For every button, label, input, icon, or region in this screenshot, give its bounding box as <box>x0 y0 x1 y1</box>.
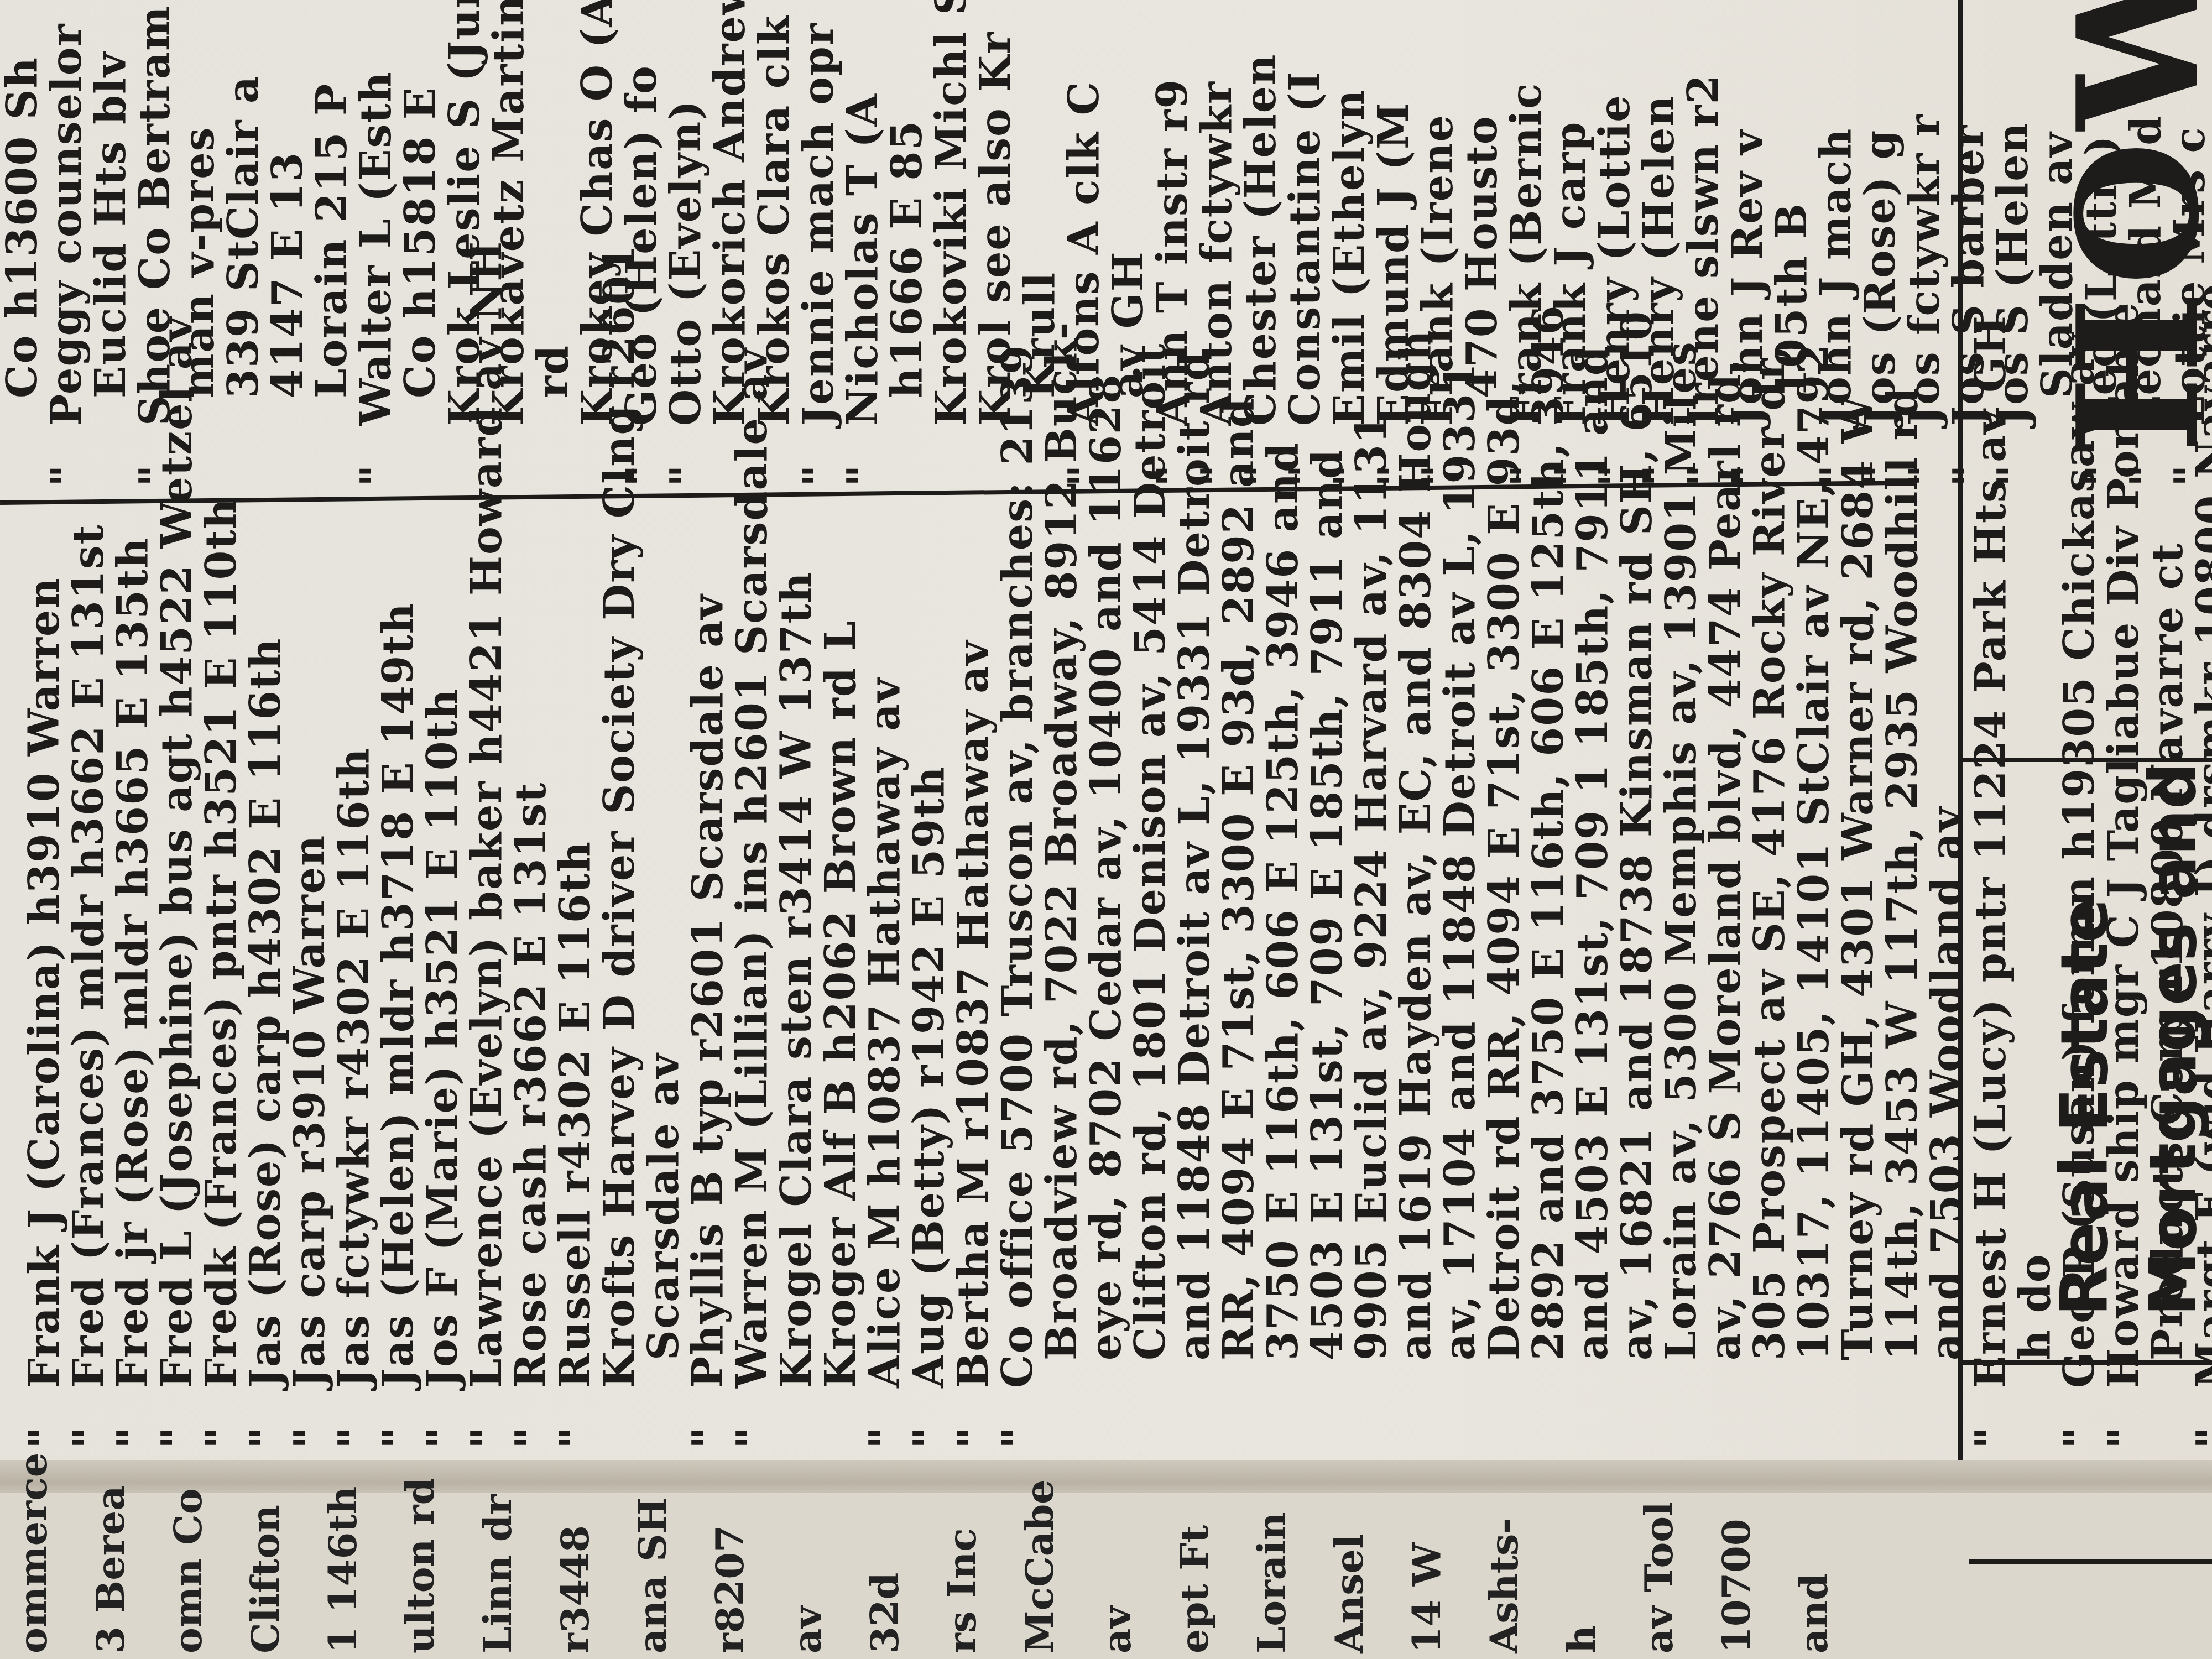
facing-page-fragment: av <box>1095 1606 1139 1653</box>
ditto-mark: " <box>1725 426 1770 487</box>
entry-text: av, 2766 S Moreland blvd, 4474 Pearl rd, <box>1700 357 1750 1360</box>
entry-text: eye rd, 8702 Cedar av, 10400 and 11628 <box>1081 373 1130 1360</box>
directory-entry: Krok Leslie S (Jun <box>442 0 487 487</box>
facing-page-fragment: McCabe <box>1018 1479 1062 1653</box>
directory-entry: "John J mach <box>1814 0 1858 487</box>
ditto-mark: " <box>1593 426 1637 487</box>
directory-entry: "Henry (Helen <box>1637 0 1681 487</box>
directory-entries-right: Co h13600 Sh"Peggy counselorEuclid Hts b… <box>0 0 2212 487</box>
directory-entry: "Frank (Bernic <box>1504 0 1548 487</box>
entry-text: Co h13600 Sh <box>0 56 46 398</box>
ad-headline-wrap: HOWA <box>2041 0 2212 453</box>
directory-entry: "Alfons A clk C <box>1062 0 1106 487</box>
facing-page-fragment: av <box>785 1606 830 1653</box>
directory-entry: "Frank (Irene <box>1416 0 1460 487</box>
directory-entry: "Frank J carp <box>1548 0 1593 487</box>
ditto-mark: " <box>155 1388 199 1449</box>
entry-text: Scarsdale av <box>639 1052 688 1360</box>
directory-entry: "Otto (Evelyn) <box>664 0 708 487</box>
entry-text: 9905 Euclid av, 9224 Harvard av, 1131 <box>1347 413 1396 1360</box>
entry-text: Krokavetz Martin <box>484 0 533 426</box>
ditto-mark: " <box>841 426 885 487</box>
ditto-mark: " <box>664 426 708 487</box>
ditto-mark: " <box>1283 426 1327 487</box>
ad-line-real-estate: Real Estate <box>2046 899 2122 1316</box>
entry-text: Jennie mach opr <box>794 22 843 426</box>
directory-column-right: Co h13600 Sh"Peggy counselorEuclid Hts b… <box>0 0 1936 487</box>
directory-entry: Krol see also Kr <box>973 0 1018 487</box>
directory-entry: av GH <box>1106 0 1150 487</box>
entry-text: John J Rev v <box>1723 129 1772 426</box>
entry-text: Krull <box>1015 272 1064 398</box>
directory-entry: "John J Rev v <box>1725 0 1770 487</box>
entry-text: 4147 E 13 <box>263 152 312 398</box>
ad-line-1-wrap: Real Estate <box>2046 899 2122 1316</box>
directory-entry: Co h15818 E <box>398 0 442 487</box>
entry-text: Frank (Irene <box>1413 114 1462 426</box>
entry-text: 470 Housto <box>1457 116 1506 398</box>
directory-entry: Krokey Chas O (A <box>575 0 619 487</box>
entry-text: Rose cash r3662 E 131st <box>506 782 555 1388</box>
entry-text: Jos F (Marie) h3521 E 110th <box>418 688 467 1388</box>
ditto-mark: " <box>111 1388 155 1449</box>
entry-text: Detroit rd RR, 4094 E 71st, 3300 E 93d, <box>1479 379 1528 1360</box>
directory-entry: Co h13600 Sh <box>0 0 44 487</box>
entry-text: 339 StClair a <box>218 75 268 398</box>
ditto-mark: " <box>907 1388 951 1449</box>
entry-text: Jas fctywkr r4302 E 116th <box>329 747 378 1388</box>
entry-text: 10317, 11405, 14101 StClair av NE, 4792 <box>1789 343 1838 1360</box>
directory-entry: "Edmund J (M <box>1371 0 1416 487</box>
directory-entry: Krokos Clara clk <box>752 0 796 487</box>
directory-entry: "Jos (Rose) g <box>1858 0 1902 487</box>
directory-entry: "Chester (Helen <box>1239 0 1283 487</box>
ditto-mark: " <box>1548 426 1593 487</box>
facing-page-fragment: 10700 <box>1714 1519 1759 1653</box>
entry-text: and 11848 Detroit av L, 19331 Detroit rd <box>1170 351 1219 1360</box>
entry-text: Frank J (Carolina) h3910 Warren <box>19 577 69 1388</box>
ditto-mark: " <box>730 1388 774 1449</box>
ditto-mark: " <box>1858 426 1902 487</box>
facing-page-fragment: ana SH <box>630 1497 675 1653</box>
ditto-mark: " <box>22 1388 66 1449</box>
directory-entry: "Shoe Co Bertram W <box>133 0 177 487</box>
entry-text: Nicholas T (A <box>838 93 887 426</box>
entry-text: Henry (Lottie <box>1590 94 1639 426</box>
entry-text: Krokos Clara clk <box>749 14 799 426</box>
ad-line-mortgages: Mortgages and <box>2135 763 2211 1316</box>
entry-text: 114th, 3453 W 117th, 2935 Woodhill rd <box>1877 387 1927 1360</box>
facing-page-fragment: and <box>1792 1573 1836 1653</box>
advertisement-box: HOWA Real Estate Mortgages and <box>1958 0 2212 1465</box>
entry-text: Walter L (Esth <box>351 71 400 426</box>
entry-text: Bertha M r10837 Hathaway av <box>948 639 998 1388</box>
ditto-mark: " <box>1637 426 1681 487</box>
facing-page-fragment: 32d <box>863 1573 907 1653</box>
entry-text: Warren M (Lillian) ins h2601 Scarsdale a… <box>727 347 776 1388</box>
ditto-mark: " <box>686 1388 730 1449</box>
directory-entry: "Anton fctywkr <box>1194 0 1239 487</box>
ditto-mark: " <box>1327 426 1371 487</box>
facing-page-fragment: ept Ft <box>1172 1525 1217 1653</box>
facing-page-fragment: ommerce <box>11 1453 55 1653</box>
ditto-mark: " <box>1371 426 1416 487</box>
ditto-mark: " <box>1814 426 1858 487</box>
facing-page-fragment: Ansel <box>1327 1534 1371 1653</box>
entry-text: Peggy counselor <box>41 23 91 426</box>
ditto-mark: " <box>44 426 88 487</box>
entry-text: Krogel Clara sten r3414 W 137th <box>771 571 821 1388</box>
ditto-mark: " <box>465 1388 509 1449</box>
entry-text: Aug (Betty) r1942 E 59th <box>904 765 953 1388</box>
entry-text: 105th B <box>1767 202 1816 398</box>
ad-headline: HOWA <box>2041 0 2212 453</box>
facing-page-fragment: Linn dr <box>476 1494 520 1653</box>
ditto-mark: " <box>1062 426 1106 487</box>
ditto-mark: " <box>1150 426 1194 487</box>
directory-entry: "Constantine (I <box>1283 0 1327 487</box>
directory-entry: Krokavetz Martin <box>487 0 531 487</box>
entry-text: Otto (Evelyn) <box>661 100 710 426</box>
facing-page-fragment: ulton rd <box>398 1478 442 1653</box>
facing-page-fragment: omn Co <box>166 1489 210 1653</box>
entry-text: 3750 E 116th, 606 E 125th, 3946 and <box>1258 442 1307 1360</box>
ditto-mark: " <box>796 426 841 487</box>
entry-text: Alfons A clk C <box>1059 81 1108 426</box>
facing-page-fragment: h <box>1559 1625 1604 1653</box>
entry-text: Euclid Hts blv <box>86 51 135 398</box>
entry-text: Lorain av, 5300 Memphis av, 13901 Miles <box>1656 341 1705 1360</box>
directory-entry: "Peggy counselor <box>44 0 88 487</box>
entry-text: Alice M h10837 Hathaway av <box>860 677 909 1388</box>
ditto-mark: " <box>1902 426 1947 487</box>
ditto-mark: " <box>354 426 398 487</box>
entry-text: Ann T instr r9 <box>1147 79 1197 426</box>
facing-page-fragment: 1 146th <box>321 1486 365 1653</box>
ditto-mark: " <box>376 1388 420 1449</box>
ditto-mark: " <box>1504 426 1548 487</box>
directory-entry: "Jennie mach opr <box>796 0 841 487</box>
entry-text: Edmund J (M <box>1369 102 1418 426</box>
ditto-mark: " <box>420 1388 465 1449</box>
directory-entry: "Emil (Ethelyn <box>1327 0 1371 487</box>
ditto-mark: " <box>863 1388 907 1449</box>
directory-entry: Lorain 215 P <box>310 0 354 487</box>
directory-entry: "Walter L (Esth <box>354 0 398 487</box>
ditto-mark: " <box>66 1388 111 1449</box>
ditto-mark: " <box>133 426 177 487</box>
entry-text: Constantine (I <box>1280 71 1329 426</box>
ditto-mark: " <box>619 426 664 487</box>
entry-text: Krokoviki Michl S <box>926 0 975 426</box>
ditto-mark: " <box>951 1388 995 1449</box>
facing-page-fragment: av Tool <box>1637 1502 1681 1653</box>
ditto-mark: " <box>1194 426 1239 487</box>
entry-text: Turney rd GH, 4301 Warner rd, 2684 W <box>1833 395 1882 1360</box>
entry-text: Chester (Helen <box>1236 54 1285 426</box>
directory-entry: "Geo (Helen) fo <box>619 0 664 487</box>
ditto-mark: " <box>995 1388 1040 1449</box>
directory-entry: "Irene slswn r2 <box>1681 0 1725 487</box>
ad-bottom-border <box>1963 1360 2212 1365</box>
entry-text: Co h15818 E <box>395 86 445 398</box>
entry-text: Fred jr (Rose) mldr h3665 E 135th <box>108 536 157 1388</box>
entry-text: Lorain 215 P <box>307 83 356 398</box>
directory-entry: "Henry (Lottie <box>1593 0 1637 487</box>
facing-page-fragment: r3448 <box>553 1525 597 1653</box>
entry-text: av, 17104 and 11848 Detroit av L, 19331 <box>1435 362 1484 1360</box>
entry-text: Jas (Helen) mldr h3718 E 149th <box>373 602 422 1388</box>
entry-text: Krokorich Andrew <box>705 0 754 426</box>
directory-entry: Krokoviki Michl S <box>929 0 973 487</box>
facing-page-fragment: 3 Berea <box>88 1485 133 1653</box>
entry-text: av GH <box>1103 251 1152 398</box>
directory-entry: "Nicholas T (A <box>841 0 885 487</box>
entry-text: John J mach <box>1811 128 1860 426</box>
entry-text: rd <box>528 345 577 398</box>
entry-text: RR, 4094 E 71st, 3300 E 93d, 2892 and <box>1214 397 1263 1360</box>
directory-entry: rd <box>531 0 575 487</box>
facing-page-box-border <box>1969 1559 2212 1564</box>
entry-text: Krol see also Kr <box>971 31 1020 426</box>
ditto-mark: " <box>1681 426 1725 487</box>
entry-text: Russell r4302 E 116th <box>550 841 599 1388</box>
ditto-mark: " <box>553 1388 597 1449</box>
entry-text: Jos (Rose) g <box>1855 129 1905 426</box>
facing-page-fragment: Lorain <box>1250 1512 1294 1653</box>
entry-text: Fredk (Frances) pntr h3521 E 110th <box>196 497 246 1388</box>
entry-text: Irene slswn r2 <box>1678 74 1728 426</box>
directory-entry: 470 Housto <box>1460 0 1504 487</box>
entry-text: man v-pres <box>174 127 223 398</box>
directory-entry: h1666 E 85 <box>885 0 929 487</box>
facing-page-fragment: r8207 <box>708 1525 752 1653</box>
directory-entry: 4147 E 13 <box>265 0 310 487</box>
entry-text: Geo (Helen) fo <box>617 65 666 426</box>
ditto-mark: " <box>332 1388 376 1449</box>
entry-text: Henry (Helen <box>1634 95 1683 426</box>
ad-divider <box>1963 758 2212 762</box>
entry-text: Frank J carp <box>1546 121 1595 426</box>
ditto-mark: " <box>509 1388 553 1449</box>
directory-entry: "Ann T instr r9 <box>1150 0 1194 487</box>
entry-text: Kroger Alf B h2062 Brown rd L <box>816 620 865 1388</box>
facing-page-fragment: Ashts- <box>1482 1518 1526 1653</box>
ditto-mark: " <box>199 1388 243 1449</box>
entry-text: h1666 E 85 <box>882 120 931 398</box>
directory-entry: "Jos fctywkr r <box>1902 0 1947 487</box>
ditto-mark: " <box>1239 426 1283 487</box>
entry-text: Jos fctywkr r <box>1900 113 1949 426</box>
ad-line-2-wrap: Mortgages and <box>2135 763 2211 1316</box>
entry-text: and 4503 E 131st, 709 1 185th, 7911 and <box>1568 345 1617 1360</box>
facing-page: ommerce3 Bereaomn CoClifton1 146thulton … <box>0 1493 2212 1659</box>
entry-text: Emil (Ethelyn <box>1324 89 1374 426</box>
directory-entry: Euclid Hts blv <box>88 0 133 487</box>
entry-text: Jas carp r3910 Warren <box>285 834 334 1388</box>
directory-entry: 105th B <box>1770 0 1814 487</box>
entry-text: Fred (Frances) mldr h3662 E 131st <box>64 524 113 1388</box>
directory-entry: Krokorich Andrew <box>708 0 752 487</box>
directory-entry: man v-pres <box>177 0 221 487</box>
entry-text: Shoe Co Bertram W <box>130 0 179 426</box>
entry-text: 4503 E 131st, 709 E 185th, 7911 and <box>1302 448 1352 1360</box>
directory-entry: 339 StClair a <box>221 0 265 487</box>
directory-entry: Krull <box>1018 0 1062 487</box>
entry-text: Frank (Bernic <box>1501 82 1551 426</box>
facing-page-fragment: 14 W <box>1405 1543 1449 1653</box>
facing-page-fragment: rs Inc <box>940 1528 984 1653</box>
facing-page-fragment: Clifton <box>243 1505 288 1653</box>
entry-text: Jas (Rose) carp h4302 E 116th <box>241 637 290 1388</box>
entry-text: 305 Prospect av SE, 4176 Rocky River dr, <box>1745 345 1794 1360</box>
entry-text: Krokey Chas O (A <box>572 0 622 426</box>
entry-text: Clifton rd, 1801 Denison av, 5414 Detroi… <box>1125 343 1175 1360</box>
entry-text: Krok Leslie S (Jun <box>440 0 489 426</box>
entry-text: Co office 5700 Truscon av, branches: 213… <box>993 344 1042 1388</box>
ditto-mark: " <box>288 1388 332 1449</box>
entry-text: Phyllis B typ r2601 Scarsdale av <box>683 593 732 1388</box>
ditto-mark: " <box>1416 426 1460 487</box>
ditto-mark: " <box>243 1388 288 1449</box>
entry-text: Anton fctywkr <box>1192 81 1241 426</box>
